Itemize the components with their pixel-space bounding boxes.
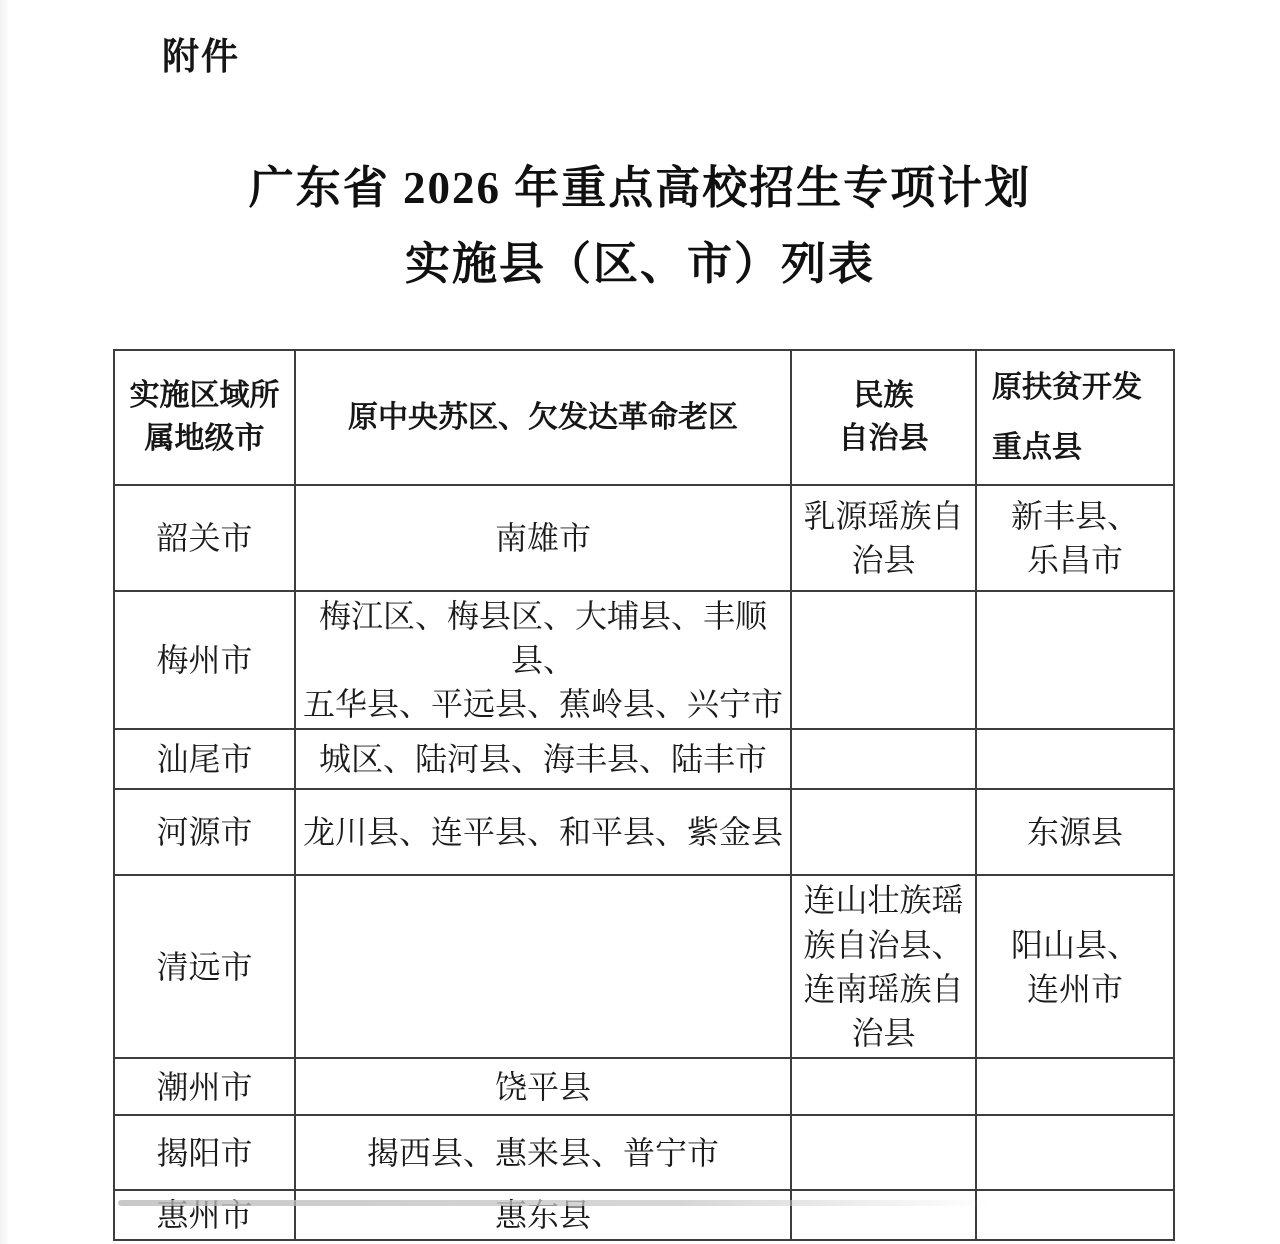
poverty-county-cell: 新丰县、 乐昌市 <box>976 485 1174 591</box>
page-edge-shadow <box>118 1200 990 1206</box>
table-row-huizhou: 惠州市 惠东县 <box>114 1190 1174 1240</box>
ethnic-county-cell <box>791 1058 976 1115</box>
table-row-heyuan: 河源市 龙川县、连平县、和平县、紫金县 东源县 <box>114 789 1174 875</box>
header-city-column: 实施区域所 属地级市 <box>114 350 295 485</box>
city-cell: 惠州市 <box>114 1190 295 1240</box>
document-title-line2: 实施县（区、市）列表 <box>0 226 1280 302</box>
poverty-county-cell <box>976 1058 1174 1115</box>
ethnic-county-cell <box>791 1115 976 1190</box>
ethnic-county-cell <box>791 591 976 729</box>
poverty-county-cell <box>976 1115 1174 1190</box>
city-cell: 汕尾市 <box>114 729 295 789</box>
table-row-chaozhou: 潮州市 饶平县 <box>114 1058 1174 1115</box>
ethnic-county-cell: 乳源瑶族自 治县 <box>791 485 976 591</box>
table-row-meizhou: 梅州市 梅江区、梅县区、大埔县、丰顺县、 五华县、平远县、蕉岭县、兴宁市 <box>114 591 1174 729</box>
city-cell: 梅州市 <box>114 591 295 729</box>
table-row-qingyuan: 清远市 连山壮族瑶 族自治县、 连南瑶族自 治县 阳山县、 连州市 <box>114 875 1174 1058</box>
document-page: 附件 广东省 2026 年重点高校招生专项计划 实施县（区、市）列表 实施区域所… <box>0 0 1280 1244</box>
table-row-jieyang: 揭阳市 揭西县、惠来县、普宁市 <box>114 1115 1174 1190</box>
old-area-cell: 饶平县 <box>295 1058 791 1115</box>
poverty-county-cell: 阳山县、 连州市 <box>976 875 1174 1058</box>
header-ethnic-autonomous-county-column: 民族 自治县 <box>791 350 976 485</box>
city-cell: 清远市 <box>114 875 295 1058</box>
old-area-cell: 梅江区、梅县区、大埔县、丰顺县、 五华县、平远县、蕉岭县、兴宁市 <box>295 591 791 729</box>
header-poverty-relief-county-column: 原扶贫开发 重点县 <box>976 350 1174 485</box>
implementation-counties-table: 实施区域所 属地级市 原中央苏区、欠发达革命老区 民族 自治县 原扶贫开发 重点… <box>113 349 1175 1241</box>
poverty-county-cell <box>976 591 1174 729</box>
old-area-cell: 惠东县 <box>295 1190 791 1240</box>
city-cell: 揭阳市 <box>114 1115 295 1190</box>
old-area-cell: 城区、陆河县、海丰县、陆丰市 <box>295 729 791 789</box>
old-area-cell: 南雄市 <box>295 485 791 591</box>
header-old-revolutionary-area-column: 原中央苏区、欠发达革命老区 <box>295 350 791 485</box>
table-row-shanwei: 汕尾市 城区、陆河县、海丰县、陆丰市 <box>114 729 1174 789</box>
poverty-county-cell: 东源县 <box>976 789 1174 875</box>
ethnic-county-cell <box>791 729 976 789</box>
ethnic-county-cell <box>791 1190 976 1240</box>
table-row-shaoguan: 韶关市 南雄市 乳源瑶族自 治县 新丰县、 乐昌市 <box>114 485 1174 591</box>
attachment-label: 附件 <box>162 26 240 80</box>
table-header-row: 实施区域所 属地级市 原中央苏区、欠发达革命老区 民族 自治县 原扶贫开发 重点… <box>114 350 1174 485</box>
old-area-cell: 龙川县、连平县、和平县、紫金县 <box>295 789 791 875</box>
poverty-county-cell <box>976 729 1174 789</box>
ethnic-county-cell <box>791 789 976 875</box>
document-title-line1: 广东省 2026 年重点高校招生专项计划 <box>0 150 1280 226</box>
document-title: 广东省 2026 年重点高校招生专项计划 实施县（区、市）列表 <box>0 150 1280 302</box>
city-cell: 河源市 <box>114 789 295 875</box>
city-cell: 潮州市 <box>114 1058 295 1115</box>
city-cell: 韶关市 <box>114 485 295 591</box>
old-area-cell: 揭西县、惠来县、普宁市 <box>295 1115 791 1190</box>
old-area-cell <box>295 875 791 1058</box>
ethnic-county-cell: 连山壮族瑶 族自治县、 连南瑶族自 治县 <box>791 875 976 1058</box>
poverty-county-cell <box>976 1190 1174 1240</box>
